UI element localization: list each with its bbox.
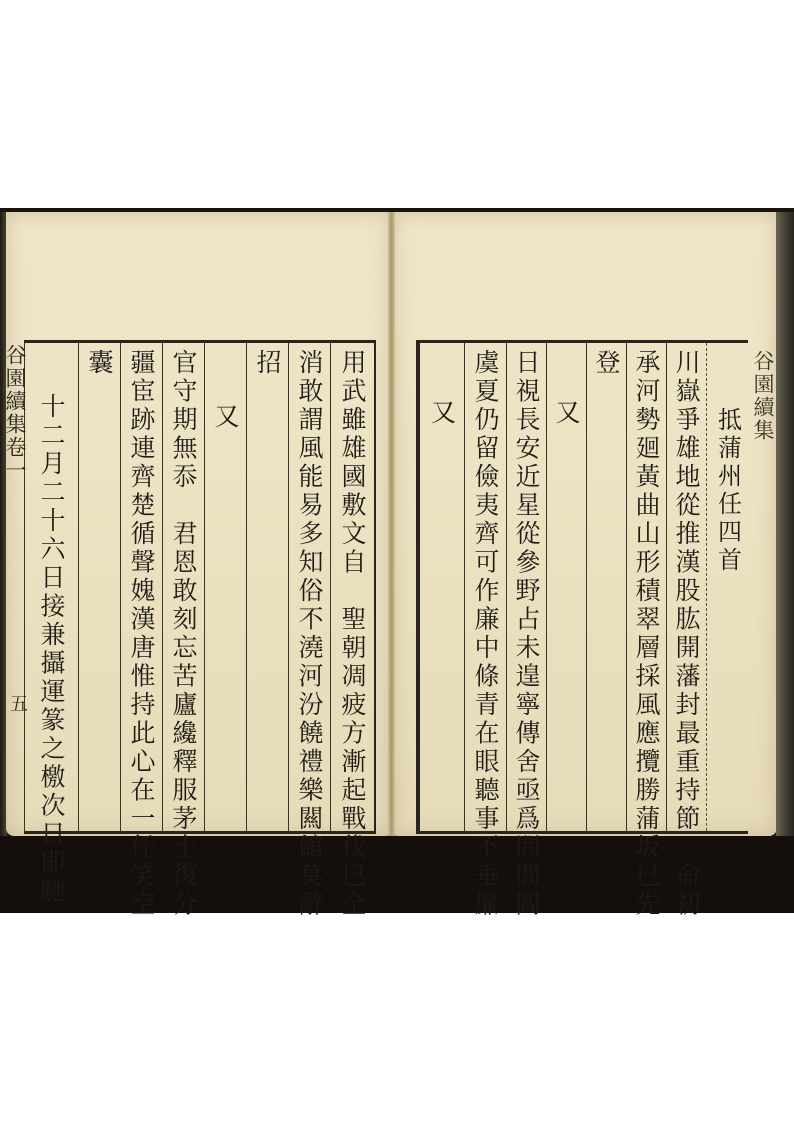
poem-line: 招 [255, 349, 280, 378]
left-page-frame: 用武雖雄國敷文自 聖朝凋疲方漸起戰伐巳全 消敢謂風能易多知俗不澆河汾饒禮樂闗館莫… [24, 340, 376, 834]
text-column: 消敢謂風能易多知俗不澆河汾饒禮樂闗館莫辭 [288, 343, 330, 831]
right-page-frame: 抵蒲州任四首 川嶽爭雄地從推漢股肱開藩封最重持節 命初 承河勢廻黃曲山形積翠層採… [416, 340, 748, 834]
text-column: 川嶽爭雄地從推漢股肱開藩封最重持節 命初 [666, 343, 706, 831]
section-marker: 又 [554, 399, 579, 428]
poem-line: 承河勢廻黃曲山形積翠層採風應攬勝蒲坂巳先 [634, 349, 659, 919]
poem-line: 日視長安近星從參野占未遑寧傳舍亟爲問閭閻 [514, 349, 539, 919]
book-title-edge: 谷園續集 [752, 350, 773, 442]
text-column: 登 [586, 343, 626, 831]
section-marker: 又 [430, 399, 455, 428]
prose-line: 十二月二十六日接兼攝運篆之檄次日即馳 [39, 393, 64, 906]
text-column: 招 [246, 343, 288, 831]
poem-line: 囊 [87, 349, 112, 378]
poem-line: 虞夏仍留儉夷齊可作廉中條青在眼聽事不垂簾 [473, 349, 498, 919]
poem-line: 登 [594, 349, 619, 378]
text-column: 十二月二十六日接兼攝運篆之檄次日即馳 [24, 343, 78, 831]
text-column: 抵蒲州任四首 [706, 343, 748, 831]
poem-line: 用武雖雄國敷文自 聖朝凋疲方漸起戰伐巳全 [340, 349, 365, 919]
text-column: 虞夏仍留儉夷齊可作廉中條青在眼聽事不垂簾 [464, 343, 506, 831]
poem-line: 疆宦跡連齊楚循聲媿漢唐惟持此心在一任笑空 [129, 349, 154, 919]
right-book-edge [776, 212, 794, 852]
text-column: 又 [418, 343, 464, 831]
poem-line: 官守期無忝 君恩敢刻忘苦廬纔釋服茅土復分 [171, 349, 196, 919]
text-column: 用武雖雄國敷文自 聖朝凋疲方漸起戰伐巳全 [330, 343, 374, 831]
book-gutter [388, 212, 395, 836]
text-column: 承河勢廻黃曲山形積翠層採風應攬勝蒲坂巳先 [626, 343, 666, 831]
text-column: 疆宦跡連齊楚循聲媿漢唐惟持此心在一任笑空 [120, 343, 162, 831]
text-column: 日視長安近星從參野占未遑寧傳舍亟爲問閭閻 [506, 343, 546, 831]
poem-line: 川嶽爭雄地從推漢股肱開藩封最重持節 命初 [674, 349, 699, 919]
text-column: 又 [204, 343, 246, 831]
left-margin-label: 谷園續集卷一 [4, 344, 25, 482]
poem-title: 抵蒲州任四首 [716, 407, 740, 575]
page-number: 五 [10, 690, 28, 716]
text-column: 囊 [78, 343, 120, 831]
text-column: 又 [546, 343, 586, 831]
section-marker: 又 [213, 403, 238, 432]
text-column: 官守期無忝 君恩敢刻忘苦廬纔釋服茅土復分 [162, 343, 204, 831]
poem-line: 消敢謂風能易多知俗不澆河汾饒禮樂闗館莫辭 [297, 349, 322, 919]
